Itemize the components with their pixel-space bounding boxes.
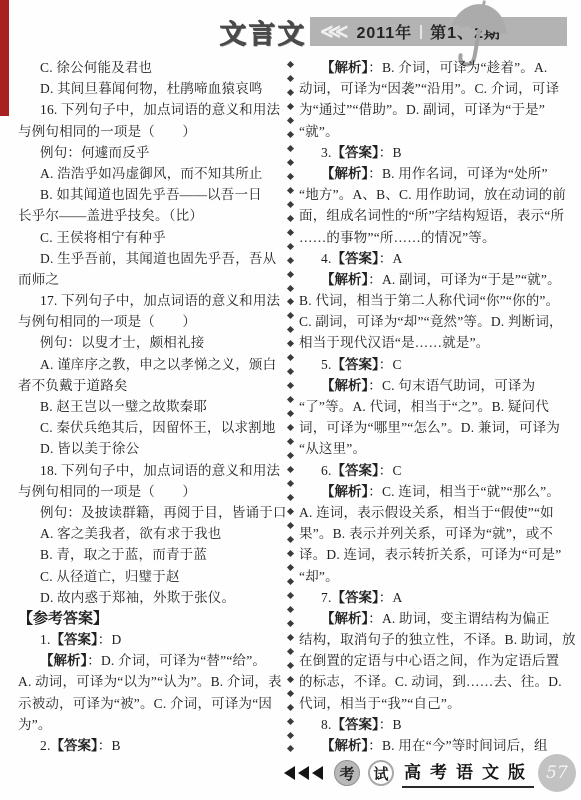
text-line: 动词，可译为“因袭”“沿用”。C. 介词，可译 bbox=[299, 78, 567, 99]
text-line: 【解析】：C. 连词，相当于“就”“那么”。 bbox=[299, 481, 567, 502]
text-line: 例句：及披读群籍，再阅于目，皆诵于口 bbox=[18, 502, 286, 523]
text-line: 示被动，可译为“被”。C. 介词，可译为“因 bbox=[18, 693, 286, 714]
text-line: ……的事物”“所……的情况”等。 bbox=[299, 227, 567, 248]
text-line: C. 王侯将相宁有种乎 bbox=[18, 227, 286, 248]
text-line: 【解析】：A. 副词，可译为“于是”“就”。 bbox=[299, 269, 567, 290]
text-line: D. 皆以美于徐公 bbox=[18, 438, 286, 459]
diamond-ornament bbox=[286, 103, 293, 110]
text-line: “从这里”。 bbox=[299, 438, 567, 459]
diamond-ornament bbox=[286, 187, 293, 194]
diamond-ornament bbox=[286, 648, 293, 655]
diamond-ornament bbox=[286, 634, 293, 641]
text-line: A. 客之美我者，欲有求于我也 bbox=[18, 523, 286, 544]
diamond-ornament bbox=[286, 438, 293, 445]
text-line: 的标志，不译。C. 动词，到……去、往。D. bbox=[299, 671, 567, 692]
diamond-ornament bbox=[286, 606, 293, 613]
diamond-ornament bbox=[286, 368, 293, 375]
diamond-ornament bbox=[286, 173, 293, 180]
diamond-ornament bbox=[286, 536, 293, 543]
text-line: 【解析】：B. 用作名词，可译为“处所” bbox=[299, 163, 567, 184]
text-line: C. 徐公何能及君也 bbox=[18, 57, 286, 78]
text-line: 代词，相当于“我”“自己”。 bbox=[299, 693, 567, 714]
text-line: 1.【答案】：D bbox=[18, 629, 286, 650]
text-line: D. 生乎吾前，其闻道也固先乎吾，吾从 bbox=[18, 248, 286, 269]
text-line: 4.【答案】：A bbox=[299, 248, 567, 269]
issue-year: 2011年 bbox=[356, 20, 412, 43]
text-line: 与例句相同的一项是（ ） bbox=[18, 311, 286, 332]
left-triangle-icon bbox=[284, 766, 295, 780]
diamond-ornament bbox=[286, 676, 293, 683]
left-column: C. 徐公何能及君也D. 其间旦暮闻何物，杜鹃啼血猿哀鸣16. 下列句子中，加点… bbox=[18, 57, 286, 756]
text-line: B. 青，取之于蓝，而青于蓝 bbox=[18, 544, 286, 565]
text-line: 与例句相同的一项是（ ） bbox=[18, 481, 286, 502]
text-line: 18. 下列句子中，加点词语的意义和用法 bbox=[18, 460, 286, 481]
text-line: 译。D. 连词，表示转折关系，可译为“可是” bbox=[299, 544, 567, 565]
text-line: 者不负戴于道路矣 bbox=[18, 375, 286, 396]
column-divider bbox=[286, 62, 294, 752]
diamond-ornament bbox=[286, 243, 293, 250]
diamond-ornament bbox=[286, 424, 293, 431]
text-line: D. 故内惑于郑袖，外欺于张仪。 bbox=[18, 587, 286, 608]
diamond-ornament bbox=[286, 75, 293, 82]
text-line: 7.【答案】：A bbox=[299, 587, 567, 608]
diamond-ornament bbox=[286, 717, 293, 724]
left-triangle-icon bbox=[312, 766, 323, 780]
text-line: 与例句相同的一项是（ ） bbox=[18, 121, 286, 142]
diamond-ornament bbox=[286, 410, 293, 417]
text-line: A. 连词，表示假设关系，相当于“假使”“如 bbox=[299, 502, 567, 523]
diamond-ornament bbox=[286, 620, 293, 627]
text-line: 17. 下列句子中，加点词语的意义和用法 bbox=[18, 290, 286, 311]
diamond-ornament bbox=[286, 662, 293, 669]
text-line: 在倒置的定语与中心语之间，作为定语后置 bbox=[299, 650, 567, 671]
text-line: 【解析】：A. 助词，变主谓结构为偏正 bbox=[299, 608, 567, 629]
text-line: A. 谨庠序之教，申之以孝悌之义，颁白 bbox=[18, 354, 286, 375]
text-line: B. 赵王岂以一璧之故欺秦耶 bbox=[18, 396, 286, 417]
diamond-ornament bbox=[286, 522, 293, 529]
diamond-ornament bbox=[286, 284, 293, 291]
diamond-ornament bbox=[286, 480, 293, 487]
diamond-ornament bbox=[286, 704, 293, 711]
text-line: “就”。 bbox=[299, 121, 567, 142]
diamond-ornament bbox=[286, 145, 293, 152]
text-line: 例句：何遽而反乎 bbox=[18, 142, 286, 163]
text-line: 8.【答案】：B bbox=[299, 714, 567, 735]
exam-badge-kao: 考 bbox=[334, 760, 360, 786]
diamond-ornament bbox=[286, 382, 293, 389]
diamond-ornament bbox=[286, 298, 293, 305]
text-line: 16. 下列句子中，加点词语的意义和用法 bbox=[18, 99, 286, 120]
issue-bar-divider bbox=[420, 25, 422, 39]
diamond-ornament bbox=[286, 690, 293, 697]
text-line: 为“通过”“借助”。D. 副词，可译为“于是” bbox=[299, 99, 567, 120]
text-line: 而师之 bbox=[18, 269, 286, 290]
diamond-ornament bbox=[286, 117, 293, 124]
text-line: 结构，取消句子的独立性，不译。B. 助词，放 bbox=[299, 629, 567, 650]
text-line: 果”。B. 表示并列关系，可译为“就”，或不 bbox=[299, 523, 567, 544]
text-line: “地方”。A、B、C. 用作助词，放在动词的前 bbox=[299, 184, 567, 205]
diamond-ornament bbox=[286, 201, 293, 208]
text-line: 【参考答案】 bbox=[18, 608, 286, 629]
text-line: 【解析】：D. 介词，可译为“替”“给”。 bbox=[18, 650, 286, 671]
text-line: C. 秦伏兵绝其后，因留怀王，以求割地 bbox=[18, 417, 286, 438]
text-line: C. 从径道亡，归璧于赵 bbox=[18, 566, 286, 587]
diamond-ornament bbox=[286, 592, 293, 599]
diamond-ornament bbox=[286, 508, 293, 515]
back-arrows-icon bbox=[284, 766, 323, 780]
diamond-ornament bbox=[286, 326, 293, 333]
diamond-ornament bbox=[286, 340, 293, 347]
text-line: 相当于现代汉语“是……就是”。 bbox=[299, 332, 567, 353]
diamond-ornament bbox=[286, 466, 293, 473]
text-line: 5.【答案】：C bbox=[299, 354, 567, 375]
right-column: 【解析】：B. 介词，可译为“趁着”。A.动词，可译为“因袭”“沿用”。C. 介… bbox=[299, 57, 567, 756]
diamond-ornament bbox=[286, 745, 293, 752]
page-footer: 考 试 高考语文版 57 bbox=[0, 753, 576, 793]
text-line: 【解析】：C. 句末语气助词，可译为 bbox=[299, 375, 567, 396]
diamond-ornament bbox=[286, 270, 293, 277]
text-line: 【解析】：B. 介词，可译为“趁着”。A. bbox=[299, 57, 567, 78]
diamond-ornament bbox=[286, 229, 293, 236]
diamond-ornament bbox=[286, 564, 293, 571]
text-line: 3.【答案】：B bbox=[299, 142, 567, 163]
diamond-ornament bbox=[286, 494, 293, 501]
text-line: A. 浩浩乎如冯虚御风，而不知其所止 bbox=[18, 163, 286, 184]
text-line: B. 如其闻道也固先乎吾——以吾一日 bbox=[18, 184, 286, 205]
page-number-badge: 57 bbox=[538, 754, 576, 792]
diamond-ornament bbox=[286, 312, 293, 319]
diamond-ornament bbox=[286, 452, 293, 459]
diamond-ornament bbox=[286, 731, 293, 738]
left-triangle-icon bbox=[298, 766, 309, 780]
left-margin-accent-bar bbox=[0, 0, 9, 116]
diamond-ornament bbox=[286, 159, 293, 166]
text-line: “了”等。A. 代词，相当于“之”。B. 疑问代 bbox=[299, 396, 567, 417]
diamond-ornament bbox=[286, 550, 293, 557]
diamond-ornament bbox=[286, 131, 293, 138]
text-line: 例句：以叟才士，颇相礼接 bbox=[18, 332, 286, 353]
diamond-ornament bbox=[286, 396, 293, 403]
text-line: C. 副词，可译为“却”“竟然”等。D. 判断词， bbox=[299, 311, 567, 332]
diamond-ornament bbox=[286, 354, 293, 361]
diamond-ornament bbox=[286, 89, 293, 96]
text-line: A. 动词，可译为“以为”“认为”。B. 介词，表 bbox=[18, 671, 286, 692]
text-line: 6.【答案】：C bbox=[299, 460, 567, 481]
exam-badge-shi: 试 bbox=[368, 760, 394, 786]
diamond-ornament bbox=[286, 257, 293, 264]
brand-title: 高考语文版 bbox=[402, 758, 534, 788]
text-line: D. 其间旦暮闻何物，杜鹃啼血猿哀鸣 bbox=[18, 78, 286, 99]
diamond-ornament bbox=[286, 61, 293, 68]
magazine-page: 文言文 ⋘ 2011年 第1、2期 C. 徐公何能及君也D. 其间旦暮闻何物，杜… bbox=[0, 0, 581, 800]
diamond-ornament bbox=[286, 215, 293, 222]
text-line: 词，可译为“哪里”“怎么”。D. 兼词，可译为 bbox=[299, 417, 567, 438]
chevrons-icon: ⋘ bbox=[320, 22, 348, 42]
diamond-ornament bbox=[286, 578, 293, 585]
text-line: B. 代词，相当于第二人称代词“你”“你的”。 bbox=[299, 290, 567, 311]
text-line: 长乎尔——盖进乎技矣。（比） bbox=[18, 205, 286, 226]
text-line: 面，组成名词性的“所”字结构短语，表示“所 bbox=[299, 205, 567, 226]
text-line: “却”。 bbox=[299, 566, 567, 587]
text-line: 为”。 bbox=[18, 714, 286, 735]
section-title: 文言文 bbox=[220, 14, 307, 51]
